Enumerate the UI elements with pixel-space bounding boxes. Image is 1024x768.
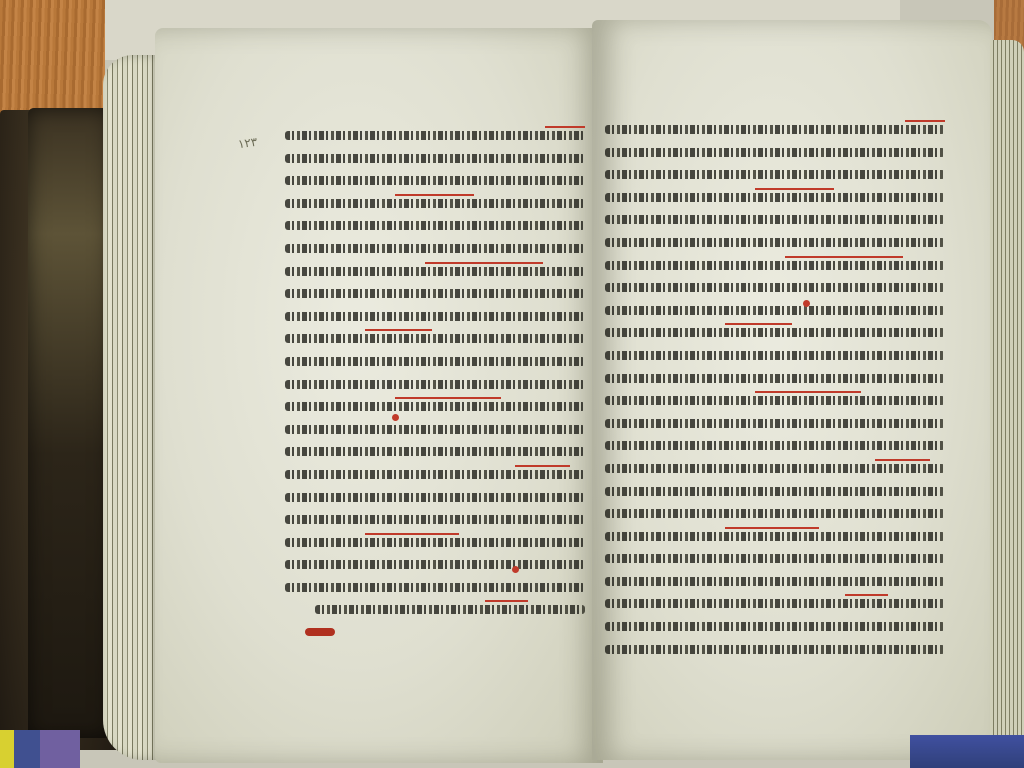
manuscript-line xyxy=(285,395,585,418)
manuscript-line xyxy=(605,525,945,548)
manuscript-line xyxy=(605,321,945,344)
manuscript-line xyxy=(285,214,585,237)
red-marker-dot xyxy=(803,300,810,307)
manuscript-line xyxy=(285,192,585,215)
handwritten-text xyxy=(285,425,585,434)
manuscript-line xyxy=(605,276,945,299)
manuscript-line xyxy=(285,237,585,260)
handwritten-text xyxy=(285,334,585,343)
red-rubric-overline xyxy=(425,262,543,264)
manuscript-line xyxy=(285,463,585,486)
red-rubric-overline xyxy=(875,459,930,461)
handwritten-text xyxy=(605,215,945,224)
manuscript-line xyxy=(285,327,585,350)
handwritten-text xyxy=(605,328,945,337)
red-rubric-overline xyxy=(515,465,570,467)
handwritten-text xyxy=(285,312,585,321)
handwritten-text xyxy=(285,402,585,411)
red-marker-dot xyxy=(392,414,399,421)
handwritten-text xyxy=(285,493,585,502)
book-spine xyxy=(28,108,110,738)
blue-label-strip xyxy=(910,735,1024,768)
manuscript-line xyxy=(285,305,585,328)
handwritten-text xyxy=(605,622,945,631)
manuscript-line xyxy=(605,412,945,435)
handwritten-text xyxy=(285,289,585,298)
manuscript-line xyxy=(605,434,945,457)
red-rubric-overline xyxy=(365,329,432,331)
folio-number: ١٢٣ xyxy=(237,135,258,152)
red-rubric-overline xyxy=(845,594,888,596)
handwritten-text xyxy=(605,306,945,315)
manuscript-line xyxy=(605,457,945,480)
manuscript-line xyxy=(285,553,585,576)
manuscript-line xyxy=(605,141,945,164)
manuscript-line xyxy=(605,299,945,322)
handwritten-text xyxy=(285,176,585,185)
handwritten-text xyxy=(285,244,585,253)
handwritten-text xyxy=(285,447,585,456)
left-page-edges xyxy=(103,55,161,760)
manuscript-line xyxy=(285,598,585,621)
manuscript-line xyxy=(285,418,585,441)
handwritten-text xyxy=(605,532,945,541)
handwritten-text xyxy=(605,125,945,134)
handwritten-text xyxy=(285,515,585,524)
manuscript-line xyxy=(285,486,585,509)
red-rubric-overline xyxy=(755,391,861,393)
manuscript-line xyxy=(285,576,585,599)
manuscript-line xyxy=(605,367,945,390)
manuscript-line xyxy=(605,163,945,186)
manuscript-line xyxy=(605,592,945,615)
handwritten-text xyxy=(605,599,945,608)
handwritten-text xyxy=(285,560,585,569)
red-rubric-overline xyxy=(395,397,501,399)
colored-labels xyxy=(0,730,80,768)
manuscript-line xyxy=(605,570,945,593)
handwritten-text xyxy=(605,509,945,518)
catchword-mark xyxy=(305,628,335,636)
manuscript-line xyxy=(605,389,945,412)
red-rubric-overline xyxy=(395,194,474,196)
handwritten-text xyxy=(285,131,585,140)
handwritten-text xyxy=(605,464,945,473)
manuscript-line xyxy=(605,502,945,525)
right-text-block xyxy=(605,118,945,660)
handwritten-text xyxy=(605,441,945,450)
handwritten-text xyxy=(605,193,945,202)
red-rubric-overline xyxy=(755,188,834,190)
manuscript-line xyxy=(605,547,945,570)
manuscript-line xyxy=(285,508,585,531)
manuscript-line xyxy=(285,260,585,283)
handwritten-text xyxy=(285,357,585,366)
handwritten-text xyxy=(285,154,585,163)
manuscript-line xyxy=(285,282,585,305)
manuscript-line xyxy=(605,231,945,254)
manuscript-line xyxy=(285,350,585,373)
handwritten-text xyxy=(605,419,945,428)
red-rubric-overline xyxy=(365,533,459,535)
manuscript-line xyxy=(285,124,585,147)
handwritten-text xyxy=(605,645,945,654)
right-page-edges xyxy=(990,40,1024,745)
red-rubric-overline xyxy=(485,600,528,602)
manuscript-line xyxy=(605,615,945,638)
manuscript-line xyxy=(285,169,585,192)
red-rubric-overline xyxy=(725,323,792,325)
handwritten-text xyxy=(315,605,585,614)
handwritten-text xyxy=(605,148,945,157)
handwritten-text xyxy=(285,380,585,389)
red-rubric-overline xyxy=(545,126,585,128)
manuscript-line xyxy=(605,118,945,141)
handwritten-text xyxy=(285,267,585,276)
red-marker-dot xyxy=(512,566,519,573)
handwritten-text xyxy=(285,199,585,208)
handwritten-text xyxy=(285,538,585,547)
red-rubric-overline xyxy=(785,256,903,258)
manuscript-line xyxy=(285,147,585,170)
handwritten-text xyxy=(605,351,945,360)
left-text-block xyxy=(285,124,585,621)
manuscript-line xyxy=(605,254,945,277)
handwritten-text xyxy=(285,221,585,230)
manuscript-line xyxy=(285,440,585,463)
handwritten-text xyxy=(605,261,945,270)
handwritten-text xyxy=(605,170,945,179)
handwritten-text xyxy=(605,554,945,563)
manuscript-line xyxy=(285,531,585,554)
handwritten-text xyxy=(605,283,945,292)
handwritten-text xyxy=(285,470,585,479)
red-rubric-overline xyxy=(905,120,945,122)
manuscript-line xyxy=(285,373,585,396)
manuscript-line xyxy=(605,208,945,231)
handwritten-text xyxy=(605,374,945,383)
manuscript-line xyxy=(605,186,945,209)
handwritten-text xyxy=(605,238,945,247)
handwritten-text xyxy=(605,396,945,405)
handwritten-text xyxy=(605,577,945,586)
manuscript-line xyxy=(605,344,945,367)
manuscript-line xyxy=(605,638,945,661)
handwritten-text xyxy=(285,583,585,592)
manuscript-line xyxy=(605,480,945,503)
handwritten-text xyxy=(605,487,945,496)
red-rubric-overline xyxy=(725,527,819,529)
